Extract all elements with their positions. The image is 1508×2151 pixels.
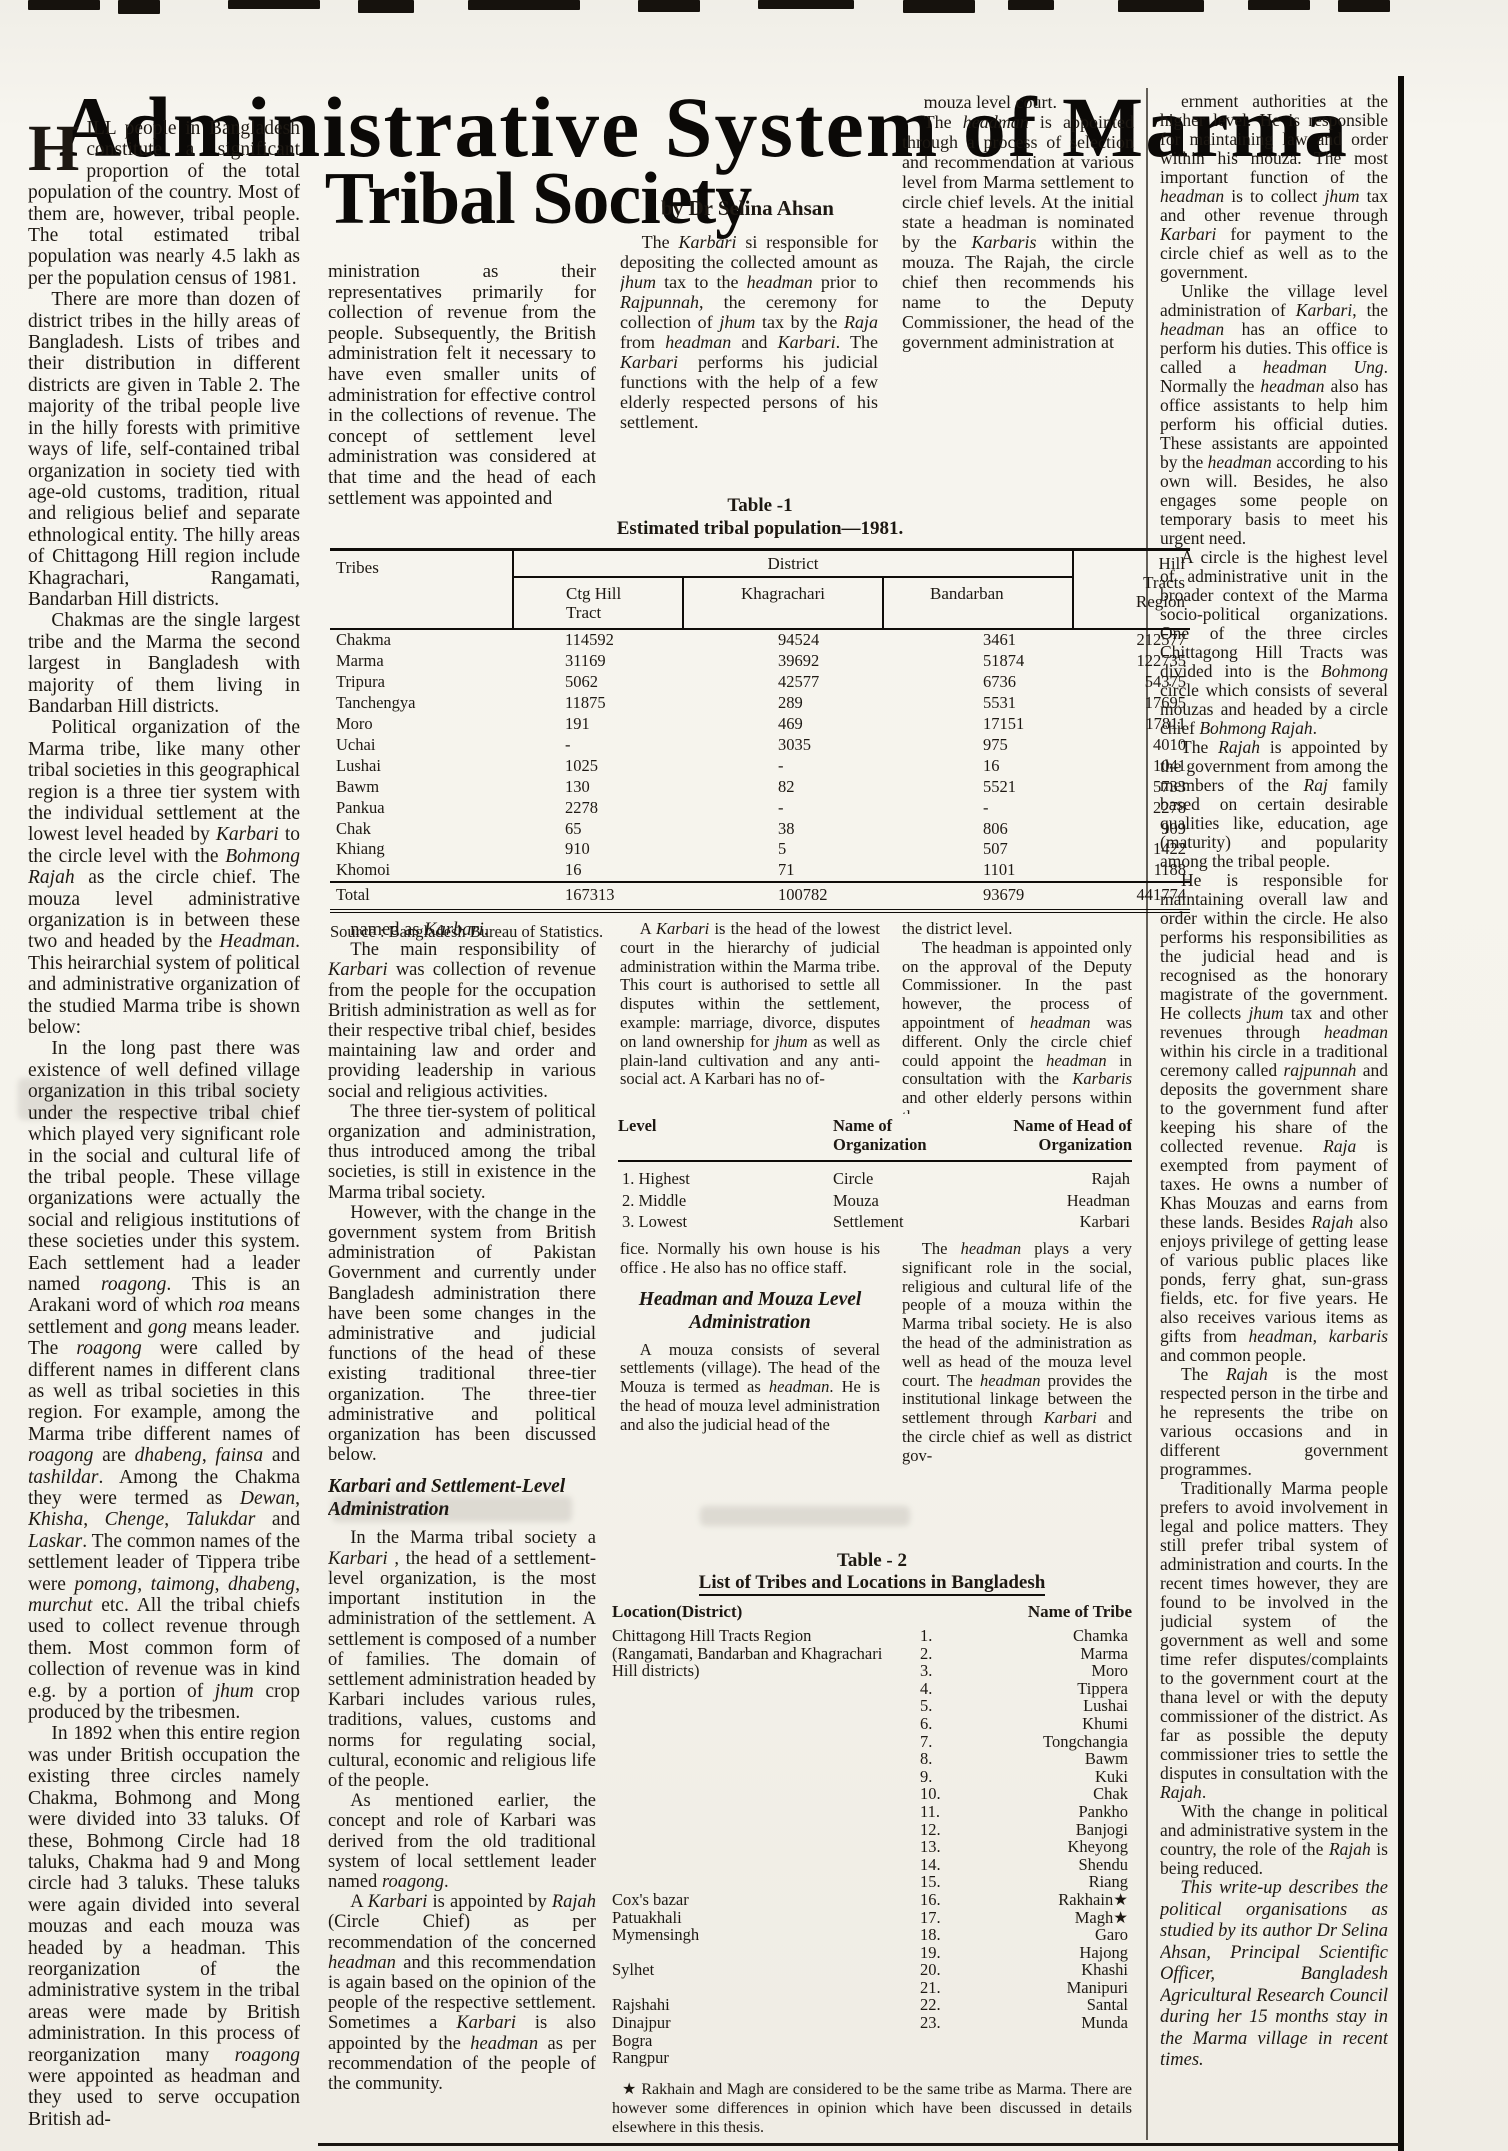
cell-location [612, 1979, 920, 1997]
cell-ctg: 1025 [513, 755, 683, 776]
cell-location: Mymensingh [612, 1926, 920, 1944]
cell-location [612, 1785, 920, 1803]
cell-number: 13. [920, 1838, 968, 1856]
cell-location [612, 1856, 920, 1874]
paragraph: In the long past there was existence of … [28, 1038, 300, 1723]
column-1: HILL people in Bangladesh constitute a s… [28, 118, 300, 2144]
tribe-row: 15. Riang [612, 1873, 1132, 1891]
tribe-row: 14. Shendu [612, 1856, 1132, 1874]
cell-organization: Settlement [833, 1211, 1008, 1233]
cell-region-total: 4010 [1073, 734, 1190, 755]
cell-organization: Circle [833, 1168, 1008, 1190]
cell-number: 2. [920, 1645, 968, 1663]
paragraph: The Rajah is appointed by the government… [1160, 738, 1388, 871]
cell-tribe: Chak [330, 818, 513, 839]
level-row: 3. Lowest Settlement Karbari [618, 1211, 1132, 1233]
scan-artifact [1338, 0, 1390, 12]
cell-tribe-name: Khumi [968, 1715, 1132, 1733]
cell-location [612, 1821, 920, 1839]
tribe-row: 5. Lushai [612, 1697, 1132, 1715]
cell-location: Cox's bazar [612, 1891, 920, 1909]
tribe-row: 8. Bawm [612, 1750, 1132, 1768]
cell-bandarban: 975 [883, 734, 1073, 755]
cell-head: Karbari [1008, 1211, 1132, 1233]
cell-tribe-name: Magh★ [968, 1909, 1132, 1927]
cell-bandarban: 1101 [883, 860, 1073, 882]
paragraph: The three tier-system of political organ… [328, 1102, 596, 1203]
cell-khagrachari: 82 [683, 776, 883, 797]
cell-tribe: Moro [330, 713, 513, 734]
scan-artifact [758, 0, 854, 9]
paragraph: Unlike the village level administration … [1160, 282, 1388, 548]
paragraph: The headman is appointed only on the app… [902, 939, 1132, 1114]
table-2-title: Table - 2 [612, 1550, 1132, 1572]
cell-tribe-name: Chak [968, 1785, 1132, 1803]
cell-number: 9. [920, 1768, 968, 1786]
cell-tribe-name: Riang [968, 1873, 1132, 1891]
header-tribes: Tribes [330, 550, 513, 629]
author-note: This write-up describes the political or… [1160, 1878, 1388, 2072]
total-ctg: 167313 [513, 882, 683, 911]
paragraph: In 1892 when this entire region was unde… [28, 1723, 300, 2130]
paragraph: fice. Normally his own house is his offi… [620, 1240, 880, 1278]
cell-ctg: 11875 [513, 693, 683, 714]
tribe-row: (Rangamati, Bandarban and Khagrachari 2.… [612, 1645, 1132, 1663]
total-bandarban: 93679 [883, 882, 1073, 911]
paragraph: A circle is the highest level of adminis… [1160, 548, 1388, 738]
cell-head: Headman [1008, 1190, 1132, 1212]
cell-bandarban: 806 [883, 818, 1073, 839]
cell-tribe: Marma [330, 651, 513, 672]
scan-artifact [638, 0, 700, 12]
paragraph-list: named as Karbari.The main responsibility… [328, 920, 596, 1465]
cell-tribe-name: Kuki [968, 1768, 1132, 1786]
cell-region-total: 1422 [1073, 839, 1190, 860]
cell-number: 6. [920, 1715, 968, 1733]
cell-organization: Mouza [833, 1190, 1008, 1212]
cell-region-total: 909 [1073, 818, 1190, 839]
paragraph: As mentioned earlier, the concept and ro… [328, 1791, 596, 1892]
cell-khagrachari: 38 [683, 818, 883, 839]
table-1-body: Chakma 114592 94524 3461 212577 Marma 31… [330, 629, 1190, 883]
table-2-subtitle: List of Tribes and Locations in Banglade… [612, 1572, 1132, 1594]
paragraph: Political organization of the Marma trib… [28, 717, 300, 1038]
table-row: Pankua 2278 - - 2278 [330, 797, 1190, 818]
table-total-row: Total 167313 100782 93679 441774 [330, 882, 1190, 911]
table-1-subtitle: Estimated tribal population—1981. [330, 517, 1190, 540]
cell-tribe-name: Chamka [968, 1627, 1132, 1645]
cell-ctg: 31169 [513, 651, 683, 672]
tribe-row: Dinajpur 23. Munda [612, 2014, 1132, 2032]
cell-bandarban: 3461 [883, 629, 1073, 651]
table-row: Moro 191 469 17151 17811 [330, 713, 1190, 734]
cell-tribe-name: Santal [968, 1996, 1132, 2014]
cell-bandarban: 507 [883, 839, 1073, 860]
cell-number: 7. [920, 1733, 968, 1751]
cell-number: 16. [920, 1891, 968, 1909]
table-1-header: Tribes District Hill Tracts Region Ctg H… [330, 550, 1190, 629]
paragraph: The headman is appointed through a proce… [902, 112, 1134, 352]
header-hill-tracts-region: Hill Tracts Region [1073, 550, 1190, 629]
cell-location: Rajshahi [612, 1996, 920, 2014]
paragraph: The Rajah is the most respected person i… [1160, 1365, 1388, 1479]
paragraph: mouza level court. [902, 92, 1134, 112]
cell-number: 12. [920, 1821, 968, 1839]
column-2-mid: named as Karbari.The main responsibility… [328, 920, 596, 2138]
cell-tribe-name: Moro [968, 1662, 1132, 1680]
cell-tribe: Lushai [330, 755, 513, 776]
tribe-row: 13. Kheyong [612, 1838, 1132, 1856]
header-head-of-organization: Name of Head of Organization [1008, 1116, 1132, 1154]
column-4-mid-upper: the district level. The headman is appoi… [902, 920, 1132, 1114]
cell-location: Chittagong Hill Tracts Region [612, 1627, 920, 1645]
paragraph-list: ernment authorities at the higher level.… [1160, 92, 1388, 1878]
newspaper-page: Administrative System of Marma Tribal So… [0, 0, 1508, 2151]
section-heading-karbari: Karbari and Settlement-Level Administrat… [328, 1475, 596, 1521]
header-bandarban: Bandarban [883, 577, 1073, 629]
tribe-row: Chittagong Hill Tracts Region 1. Chamka [612, 1627, 1132, 1645]
paragraph: However, with the change in the governme… [328, 1203, 596, 1466]
cell-ctg: 114592 [513, 629, 683, 651]
cell-tribe-name: Tongchangia [968, 1733, 1132, 1751]
cell-khagrachari: - [683, 755, 883, 776]
cell-region-total: 2278 [1073, 797, 1190, 818]
cell-location [612, 1838, 920, 1856]
cell-tribe: Chakma [330, 629, 513, 651]
header-level: Level [618, 1116, 833, 1154]
page-edge-rule [1398, 76, 1404, 2151]
cell-tribe-name: Pankho [968, 1803, 1132, 1821]
tribe-row: Patuakhali 17. Magh★ [612, 1909, 1132, 1927]
paragraph: With the change in political and adminis… [1160, 1802, 1388, 1878]
cell-number [920, 2032, 968, 2050]
paragraph-list: There are more than dozen of district tr… [28, 289, 300, 2130]
total-khagrachari: 100782 [683, 882, 883, 911]
bottom-rule [318, 2143, 1400, 2146]
cell-tribe: Uchai [330, 734, 513, 755]
paragraph: A Karbari is appointed by Rajah (Circle … [328, 1892, 596, 2094]
table-row: Bawm 130 82 5521 5733 [330, 776, 1190, 797]
cell-region-total: 17695 [1073, 693, 1190, 714]
cell-tribe: Pankua [330, 797, 513, 818]
cell-ctg: - [513, 734, 683, 755]
scan-artifact [468, 0, 580, 10]
cell-khagrachari: - [683, 797, 883, 818]
cell-tribe-name: Shendu [968, 1856, 1132, 1874]
paragraph: the district level. [902, 920, 1132, 939]
cell-khagrachari: 289 [683, 693, 883, 714]
level-table: Level Name of Organization Name of Head … [618, 1116, 1132, 1233]
cell-location: Hill districts) [612, 1662, 920, 1680]
level-table-header: Level Name of Organization Name of Head … [618, 1116, 1132, 1162]
tribe-row: 19. Hajong [612, 1944, 1132, 1962]
cell-number: 15. [920, 1873, 968, 1891]
cell-head: Rajah [1008, 1168, 1132, 1190]
cell-tribe-name: Kheyong [968, 1838, 1132, 1856]
cell-tribe-name: Munda [968, 2014, 1132, 2032]
tribe-row: 9. Kuki [612, 1768, 1132, 1786]
paragraph: There are more than dozen of district tr… [28, 289, 300, 610]
header-name-of-tribe: Name of Tribe [1028, 1602, 1132, 1622]
column-3-mid-lower: fice. Normally his own house is his offi… [620, 1240, 880, 1550]
paragraph: ernment authorities at the higher level.… [1160, 92, 1388, 282]
cell-number: 1. [920, 1627, 968, 1645]
cell-location [612, 1768, 920, 1786]
cell-number: 3. [920, 1662, 968, 1680]
paragraph: The main responsibility of Karbari was c… [328, 940, 596, 1102]
header-location: Location(District) [612, 1602, 742, 1622]
cell-tribe-name: Khashi [968, 1961, 1132, 1979]
scan-artifact [1118, 0, 1204, 12]
tribe-row: 6. Khumi [612, 1715, 1132, 1733]
table-row: Khomoi 16 71 1101 1188 [330, 860, 1190, 882]
byline: by Dr Selina Ahsan [615, 196, 880, 221]
cell-ctg: 16 [513, 860, 683, 882]
cell-number: 8. [920, 1750, 968, 1768]
cell-tribe: Khiang [330, 839, 513, 860]
table-row: Lushai 1025 - 16 1041 [330, 755, 1190, 776]
tribe-row: Rajshahi 22. Santal [612, 1996, 1132, 2014]
cell-khagrachari: 469 [683, 713, 883, 734]
cell-ctg: 191 [513, 713, 683, 734]
cell-location [612, 1697, 920, 1715]
table-row: Tanchengya 11875 289 5531 17695 [330, 693, 1190, 714]
cell-location: Bogra [612, 2032, 920, 2050]
cell-tribe-name [968, 2049, 1132, 2067]
table-2-subtitle-text: List of Tribes and Locations in Banglade… [699, 1572, 1046, 1596]
total-label: Total [330, 882, 513, 911]
table-2-footnote: ★ Rakhain and Magh are considered to be … [612, 2080, 1132, 2137]
cell-region-total: 54375 [1073, 672, 1190, 693]
cell-number: 23. [920, 2014, 968, 2032]
table-row: Tripura 5062 42577 6736 54375 [330, 672, 1190, 693]
cell-location [612, 1733, 920, 1751]
cell-location [612, 1803, 920, 1821]
cell-level: 3. Lowest [618, 1211, 833, 1233]
cell-bandarban: - [883, 797, 1073, 818]
cell-khagrachari: 5 [683, 839, 883, 860]
column-divider-rule [1146, 88, 1148, 2140]
tribe-row: Bogra [612, 2032, 1132, 2050]
scan-artifact [228, 0, 320, 9]
section-heading-headman: Headman and Mouza Level Administration [620, 1288, 880, 1334]
lead-paragraph: HILL people in Bangladesh constitute a s… [28, 118, 300, 289]
cell-location [612, 1750, 920, 1768]
cell-number: 10. [920, 1785, 968, 1803]
column-4-mid-lower: The headman plays a very significant rol… [902, 1240, 1132, 1550]
tribe-row: 12. Banjogi [612, 1821, 1132, 1839]
cell-bandarban: 17151 [883, 713, 1073, 734]
cell-bandarban: 5521 [883, 776, 1073, 797]
scan-artifact [1008, 0, 1054, 10]
cell-region-total: 122735 [1073, 651, 1190, 672]
cell-tribe: Khomoi [330, 860, 513, 882]
tribe-row: Rangpur [612, 2049, 1132, 2067]
cell-khagrachari: 39692 [683, 651, 883, 672]
drop-cap: H [28, 118, 86, 174]
cell-tribe: Tanchengya [330, 693, 513, 714]
cell-tribe-name: Bawm [968, 1750, 1132, 1768]
tribe-row: Hill districts) 3. Moro [612, 1662, 1132, 1680]
cell-region-total: 17811 [1073, 713, 1190, 734]
paragraph: Chakmas are the single largest tribe and… [28, 610, 300, 717]
cell-ctg: 130 [513, 776, 683, 797]
cell-location: Rangpur [612, 2049, 920, 2067]
cell-tribe-name: Banjogi [968, 1821, 1132, 1839]
cell-number: 5. [920, 1697, 968, 1715]
cell-tribe: Bawm [330, 776, 513, 797]
total-region: 441774 [1073, 882, 1190, 911]
cell-bandarban: 16 [883, 755, 1073, 776]
table-row: Chakma 114592 94524 3461 212577 [330, 629, 1190, 651]
cell-ctg: 5062 [513, 672, 683, 693]
cell-number: 11. [920, 1803, 968, 1821]
scan-artifact [118, 0, 160, 14]
cell-tribe-name: Marma [968, 1645, 1132, 1663]
cell-location [612, 1715, 920, 1733]
cell-ctg: 65 [513, 818, 683, 839]
cell-number: 22. [920, 1996, 968, 2014]
cell-number [920, 2049, 968, 2067]
cell-location [612, 1944, 920, 1962]
cell-tribe-name: Garo [968, 1926, 1132, 1944]
cell-tribe-name: Rakhain★ [968, 1891, 1132, 1909]
cell-tribe-name: Manipuri [968, 1979, 1132, 1997]
header-district: District [513, 550, 1073, 577]
column-3-mid-upper: A Karbari is the head of the lowest cour… [620, 920, 880, 1116]
table-row: Uchai - 3035 975 4010 [330, 734, 1190, 755]
cell-tribe: Tripura [330, 672, 513, 693]
header-organization: Name of Organization [833, 1116, 951, 1154]
paragraph: A mouza consists of several settlements … [620, 1341, 880, 1435]
level-table-rows: 1. Highest Circle Rajah 2. Middle Mouza … [618, 1168, 1132, 1233]
paragraph: In the Marma tribal society a Karbari , … [328, 1528, 596, 1791]
scan-artifact [358, 0, 414, 13]
cell-number: 18. [920, 1926, 968, 1944]
table-1: Table -1 Estimated tribal population—198… [330, 494, 1190, 942]
tribe-row: 10. Chak [612, 1785, 1132, 1803]
cell-number: 19. [920, 1944, 968, 1962]
cell-bandarban: 6736 [883, 672, 1073, 693]
paragraph: He is responsible for maintaining overal… [1160, 871, 1388, 1365]
tribe-row: Cox's bazar 16. Rakhain★ [612, 1891, 1132, 1909]
cell-bandarban: 5531 [883, 693, 1073, 714]
cell-number: 21. [920, 1979, 968, 1997]
cell-region-total: 5733 [1073, 776, 1190, 797]
paragraph: The Karbari si responsible for depositin… [620, 232, 878, 432]
cell-location: Patuakhali [612, 1909, 920, 1927]
paragraph: The headman plays a very significant rol… [902, 1240, 1132, 1466]
cell-location [612, 1873, 920, 1891]
header-khagrachari: Khagrachari [683, 577, 883, 629]
level-row: 2. Middle Mouza Headman [618, 1190, 1132, 1212]
tribe-row: 21. Manipuri [612, 1979, 1132, 1997]
column-3-top: The Karbari si responsible for depositin… [620, 232, 878, 494]
cell-location: (Rangamati, Bandarban and Khagrachari [612, 1645, 920, 1663]
cell-khagrachari: 71 [683, 860, 883, 882]
table-1-title: Table -1 [330, 494, 1190, 517]
scan-artifact [903, 0, 975, 13]
cell-location: Dinajpur [612, 2014, 920, 2032]
table-row: Marma 31169 39692 51874 122735 [330, 651, 1190, 672]
tribe-row: Mymensingh 18. Garo [612, 1926, 1132, 1944]
tribal-population-table: Tribes District Hill Tracts Region Ctg H… [330, 548, 1190, 913]
tribe-row: 7. Tongchangia [612, 1733, 1132, 1751]
column-right: ernment authorities at the higher level.… [1160, 92, 1388, 2140]
cell-ctg: 910 [513, 839, 683, 860]
cell-tribe-name: Hajong [968, 1944, 1132, 1962]
cell-number: 14. [920, 1856, 968, 1874]
cell-khagrachari: 3035 [683, 734, 883, 755]
cell-tribe-name: Lushai [968, 1697, 1132, 1715]
paragraph: named as Karbari. [328, 920, 596, 940]
cell-number: 17. [920, 1909, 968, 1927]
cell-region-total: 1041 [1073, 755, 1190, 776]
cell-ctg: 2278 [513, 797, 683, 818]
cell-location [612, 1680, 920, 1698]
scan-artifact [1248, 0, 1310, 10]
cell-location: Sylhet [612, 1961, 920, 1979]
header-ctg-hill-tract: Ctg Hill Tract [513, 577, 683, 629]
tribe-row: Sylhet 20. Khashi [612, 1961, 1132, 1979]
table-row: Khiang 910 5 507 1422 [330, 839, 1190, 860]
cell-level: 2. Middle [618, 1190, 833, 1212]
table-2-header: Location(District) Name of Tribe [612, 1602, 1132, 1622]
cell-level: 1. Highest [618, 1168, 833, 1190]
paragraph: A Karbari is the head of the lowest cour… [620, 920, 880, 1089]
cell-khagrachari: 94524 [683, 629, 883, 651]
cell-bandarban: 51874 [883, 651, 1073, 672]
paragraph: Traditionally Marma people prefers to av… [1160, 1479, 1388, 1802]
table-row: Chak 65 38 806 909 [330, 818, 1190, 839]
table-2-rows: Chittagong Hill Tracts Region 1. Chamka … [612, 1627, 1132, 2067]
cell-region-total: 212577 [1073, 629, 1190, 651]
cell-tribe-name: Tippera [968, 1680, 1132, 1698]
level-row: 1. Highest Circle Rajah [618, 1168, 1132, 1190]
cell-region-total: 1188 [1073, 860, 1190, 882]
cell-tribe-name [968, 2032, 1132, 2050]
table-2: Table - 2 List of Tribes and Locations i… [612, 1550, 1132, 2137]
paragraph-list: In the Marma tribal society a Karbari , … [328, 1528, 596, 2094]
column-4-top: mouza level court.The headman is appoint… [902, 92, 1134, 360]
tribe-row: 4. Tippera [612, 1680, 1132, 1698]
cell-number: 4. [920, 1680, 968, 1698]
tribe-row: 11. Pankho [612, 1803, 1132, 1821]
paragraph: ministration as their representatives pr… [328, 262, 596, 509]
scan-artifact [28, 0, 100, 10]
cell-khagrachari: 42577 [683, 672, 883, 693]
cell-number: 20. [920, 1961, 968, 1979]
